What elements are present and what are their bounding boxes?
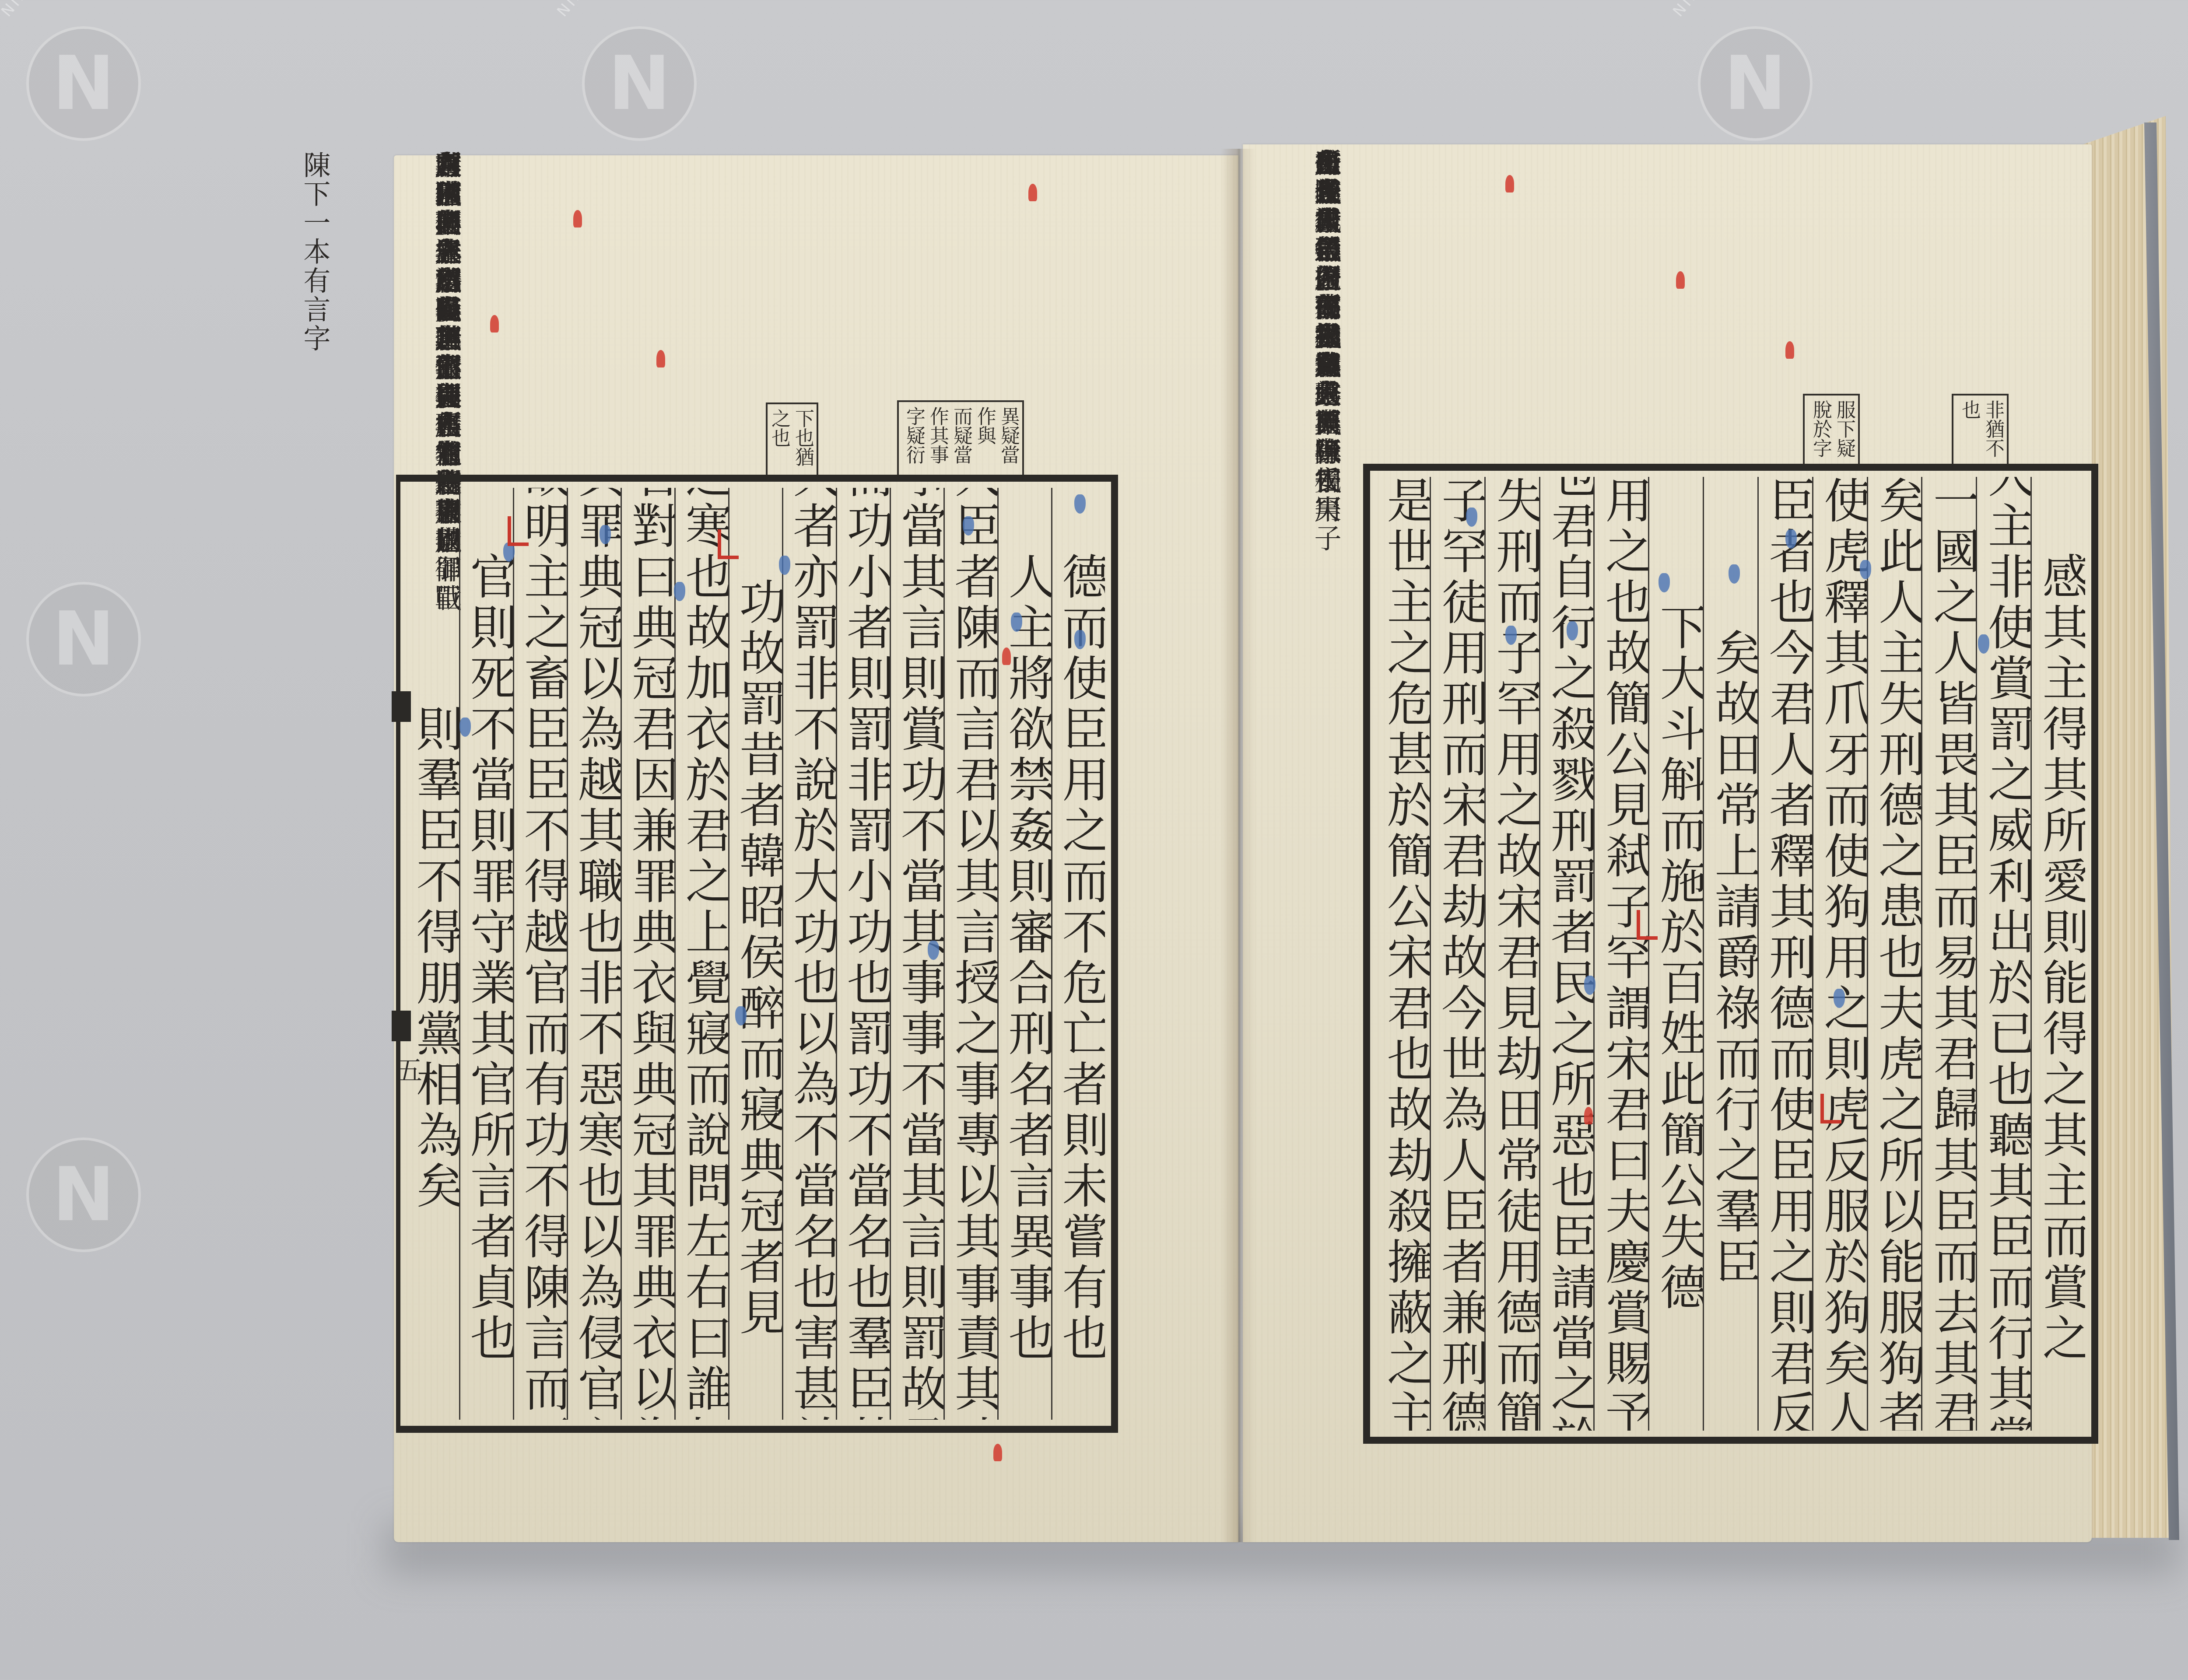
text-column: 德而使臣用之而不危亡者則未嘗有也	[1051, 488, 1105, 1420]
watermark-logo: NISHOGAKUSHAN	[1698, 26, 1813, 141]
text-column: 君之寒也故加衣於君之上覺寢而說問左右曰誰加衣	[674, 488, 728, 1420]
text-column: 則羣臣不得朋黨相為矣	[407, 488, 459, 1420]
commentary-line: 皇氏宋氏同出宋戴公	[1312, 149, 1339, 481]
red-kunten-mark	[1505, 175, 1514, 192]
blue-kunten-mark	[1505, 626, 1517, 645]
text-column: 於寒故明主之畜臣臣不得越官而有功不得陳言而不當越	[513, 488, 567, 1420]
left-boxed-note: 下也猶 之也	[766, 402, 818, 477]
red-bracket-mark	[718, 529, 739, 559]
fold-mark	[392, 1011, 411, 1041]
blue-kunten-mark	[1011, 612, 1022, 632]
commentary-line: 陳下一本有言字	[301, 151, 328, 492]
red-bracket-mark	[1637, 910, 1658, 940]
red-kunten-mark	[573, 210, 582, 227]
left-boxed-note: 異疑當 作與 而疑當 作其事 字疑衍	[897, 400, 1024, 477]
fold-mark	[392, 691, 411, 722]
watermark-logo: N	[26, 582, 141, 696]
text-column: 言大而功小者則罰非罰小功也罰功不當名也羣臣其言小	[836, 488, 890, 1420]
right-text-frame: 感其主得其所愛則能得之其主而賞之 賞今人主非使賞罰之威利出於已也聽其臣而行其賞罰…	[1363, 464, 2098, 1444]
left-text-frame: 德而使臣用之而不危亡者則未嘗有也 人主將欲禁姦則審合刑名者言異事也 也為人臣者陳…	[396, 475, 1118, 1433]
red-kunten-mark	[1785, 341, 1794, 359]
blue-kunten-mark	[1567, 621, 1578, 640]
book-gutter	[1221, 149, 1256, 1542]
text-column: 者左右對曰典冠君因兼罪典衣與典冠其罪典衣以為失其	[621, 488, 674, 1420]
blue-kunten-mark	[459, 717, 471, 737]
blue-kunten-mark	[1074, 630, 1086, 649]
watermark-logo: N	[26, 1137, 141, 1252]
blue-kunten-mark	[779, 556, 790, 575]
blue-kunten-mark	[1978, 634, 1989, 654]
text-column: 也為人臣者陳而言君以其言授之事專以其事責其功功當	[943, 488, 997, 1420]
red-kunten-mark	[1002, 647, 1011, 665]
text-column: 所喜也君自行之殺戮刑罰者民之所惡也臣請當之於是宋	[1539, 477, 1594, 1431]
red-kunten-mark	[1584, 1107, 1593, 1124]
text-column: 功故罰昔者韓昭侯醉而寢典冠者見	[728, 488, 782, 1420]
blue-kunten-mark	[1860, 560, 1871, 579]
text-column: 用之則是世主之危甚於簡公宋君也故劫殺擁蔽之主非失刑	[1376, 477, 1430, 1431]
right-text-columns: 感其主得其所愛則能得之其主而賞之 賞今人主非使賞罰之威利出於已也聽其臣而行其賞罰…	[1376, 477, 2085, 1431]
text-column: 刑德制臣者也今君人者釋其刑德而使臣用之則君反制於臣	[1757, 477, 1812, 1431]
red-kunten-mark	[993, 1444, 1002, 1461]
right-boxed-note: 服下疑 脫於字	[1803, 394, 1860, 470]
text-column: 君失刑而子罕用之故宋君見劫田常徒用德而簡公	[1484, 477, 1539, 1431]
red-bracket-mark	[1820, 1094, 1841, 1123]
blue-kunten-mark	[1659, 573, 1670, 592]
text-column: 賞今人主非使賞罰之威利出於已也聽其臣而行其賞罰則	[1976, 477, 2030, 1431]
red-bracket-mark	[508, 516, 529, 546]
text-column: 而田常用之也故簡公見弒子罕謂宋君曰夫慶賞賜予者民之	[1593, 477, 1648, 1431]
blue-kunten-mark	[600, 525, 611, 544]
blue-kunten-mark	[928, 941, 939, 960]
right-boxed-note: 非猶不 也	[1952, 394, 2009, 470]
text-column: 弒子罕徒用刑而宋君劫故今世為人臣者兼刑德而	[1430, 477, 1484, 1431]
commentary-line: 至也必先越其職而後侵他官也	[432, 151, 459, 492]
red-kunten-mark	[1676, 271, 1685, 289]
red-kunten-mark	[1028, 184, 1037, 201]
blue-kunten-mark	[1834, 989, 1845, 1008]
red-kunten-mark	[490, 315, 499, 332]
watermark-logo: NISHOGAKUSHAN	[582, 26, 697, 141]
blue-kunten-mark	[735, 1006, 747, 1025]
blue-kunten-mark	[1729, 564, 1740, 584]
blue-kunten-mark	[1466, 507, 1477, 527]
text-column: 矣此人主失刑德之患也夫虎之所以能服狗者	[1867, 477, 1922, 1431]
text-column: 事也其罪典冠以為越其職也非不惡寒也以為侵官之害甚	[567, 488, 621, 1420]
red-kunten-mark	[656, 350, 665, 367]
blue-kunten-mark	[674, 582, 685, 601]
text-column: 人主將欲禁姦則審合刑名者言異事也	[997, 488, 1051, 1420]
blue-kunten-mark	[963, 516, 974, 535]
folio-number: 五	[396, 1050, 422, 1088]
text-column: 感其主得其所愛則能得之其主而賞之	[2030, 477, 2085, 1431]
blue-kunten-mark	[1584, 976, 1595, 995]
text-column: 爪牙也使虎釋其爪牙而使狗用之則虎反服於狗矣人主者以	[1812, 477, 1867, 1431]
left-text-columns: 德而使臣用之而不危亡者則未嘗有也 人主將欲禁姦則審合刑名者言異事也 也為人臣者陳…	[407, 488, 1105, 1420]
blue-kunten-mark	[1074, 494, 1086, 514]
text-column: 官則死不當則罪守業其官所言者貞也	[459, 488, 513, 1420]
watermark-logo: NISHOGAKUSHAN	[26, 26, 141, 141]
blue-kunten-mark	[1785, 529, 1797, 549]
text-column: 下大斗斛而施於百姓此簡公失德	[1648, 477, 1703, 1431]
text-column: 一國之人皆畏其臣而易其君歸其臣而去其君	[1921, 477, 1976, 1431]
text-column: 矣故田常上請爵祿而行之羣臣	[1703, 477, 1757, 1431]
text-column: 而功大者亦罰非不說於大功也以為不當名也害甚於有大	[782, 488, 836, 1420]
